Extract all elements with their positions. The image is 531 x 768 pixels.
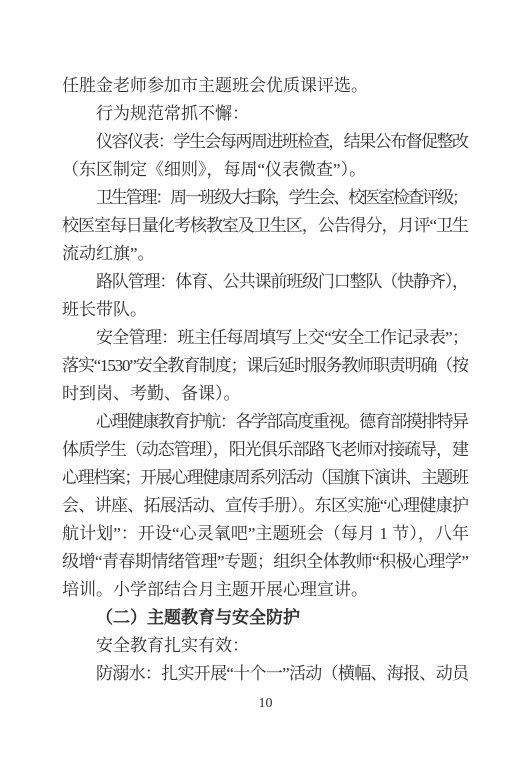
text-line: 防溺水：扎实开展“十个一”活动（横幅、海报、动员	[62, 660, 469, 688]
text-line: 级增“青春期情绪管理”专题；组织全体教师“积极心理学”	[62, 548, 469, 576]
text-line: 校医室每日量化考核教室及卫生区，公告得分，月评“卫生	[62, 212, 469, 240]
text-line: 航计划”：开设“心灵氧吧”主题班会（每月 1 节），八年	[62, 520, 469, 548]
text-line: （东区制定《细则》，每周“仪表微查”）。	[62, 156, 469, 184]
text-line: 仪容仪表：学生会每两周进班检查，结果公布督促整改	[62, 128, 469, 156]
section-heading: （二）主题教育与安全防护	[62, 604, 469, 632]
text-line: 心理健康教育护航：各学部高度重视。德育部摸排特异	[62, 408, 469, 436]
text-line: 心理档案；开展心理健康周系列活动（国旗下演讲、主题班	[62, 464, 469, 492]
text-line: 行为规范常抓不懈：	[62, 100, 469, 128]
text-line: 卫生管理：周一班级大扫除，学生会、校医室检查评级；	[62, 184, 469, 212]
text-line: 落实“1530”安全教育制度；课后延时服务教师职责明确（按	[62, 352, 469, 380]
text-line: 培训。小学部结合月主题开展心理宣讲。	[62, 576, 469, 604]
page-number: 10	[259, 696, 273, 711]
text-line: 班长带队。	[62, 296, 469, 324]
text-line: 体质学生（动态管理），阳光俱乐部路飞老师对接疏导，建	[62, 436, 469, 464]
page-footer: 10	[0, 695, 531, 713]
document-page: 任胜金老师参加市主题班会优质课评选。行为规范常抓不懈：仪容仪表：学生会每两周进班…	[0, 0, 531, 768]
text-line: 安全教育扎实有效：	[62, 632, 469, 660]
text-line: 会、讲座、拓展活动、宣传手册）。东区实施“心理健康护	[62, 492, 469, 520]
text-line: 安全管理：班主任每周填写上交“安全工作记录表”；	[62, 324, 469, 352]
text-body: 任胜金老师参加市主题班会优质课评选。行为规范常抓不懈：仪容仪表：学生会每两周进班…	[62, 72, 469, 688]
text-line: 时到岗、考勤、备课）。	[62, 380, 469, 408]
text-line: 任胜金老师参加市主题班会优质课评选。	[62, 72, 469, 100]
text-line: 流动红旗”。	[62, 240, 469, 268]
text-line: 路队管理：体育、公共课前班级门口整队（快静齐），	[62, 268, 469, 296]
